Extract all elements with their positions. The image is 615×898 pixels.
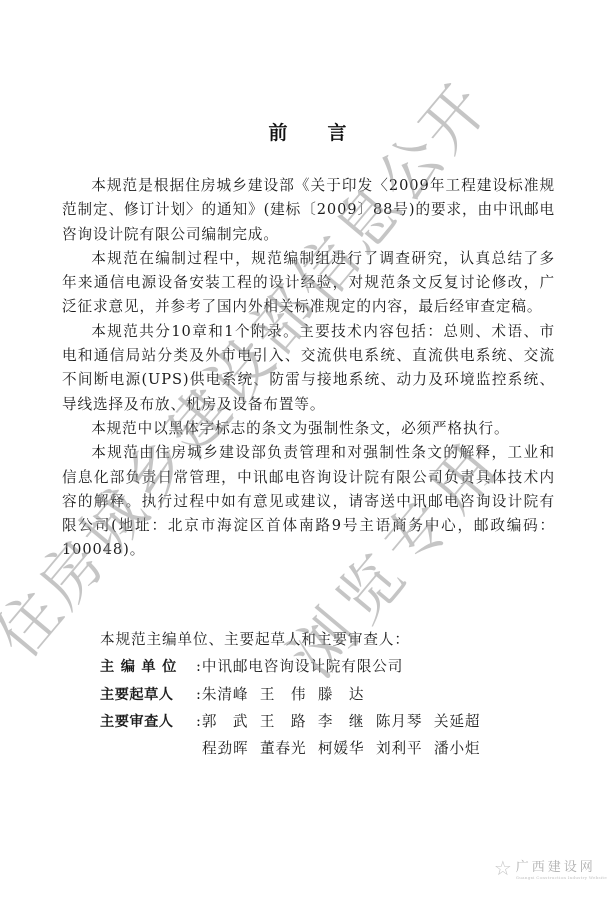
drafter-name: 王 伟: [260, 681, 318, 708]
paragraph-process: 本规范在编制过程中，规范编制组进行了调查研究，认真总结了多年来通信电源设备安装工…: [62, 247, 555, 320]
logo-subtitle: Guangxi Construction Industry Website: [516, 875, 607, 880]
reviewers-label: 主要审查人: [100, 709, 196, 736]
reviewer-name: 董春光: [260, 735, 318, 762]
reviewer-name: 郭 武: [202, 708, 260, 735]
drafter-name: 朱清峰: [202, 681, 260, 708]
reviewers-line: 主要审查人:郭 武王 路李 继陈月琴关延超: [100, 708, 560, 735]
credits-section: 本规范主编单位、主要起草人和主要审查人： 主编单位:中讯邮电咨询设计院有限公司 …: [100, 626, 560, 762]
page-title: 前言: [0, 118, 615, 145]
reviewers-line-continued: 程劲晖董春光柯媛华刘利平潘小炬: [100, 735, 560, 762]
reviewer-name: 王 路: [260, 708, 318, 735]
reviewer-name: 潘小炬: [434, 735, 492, 762]
paragraph-basis: 本规范是根据住房城乡建设部《关于印发〈2009年工程建设标准规范制定、修订计划〉…: [62, 174, 555, 247]
preface-body: 本规范是根据住房城乡建设部《关于印发〈2009年工程建设标准规范制定、修订计划〉…: [62, 174, 555, 563]
paragraph-management: 本规范由住房城乡建设部负责管理和对强制性条文的解释，工业和信息化部负责日常管理，…: [62, 441, 555, 562]
drafters-line: 主要起草人:朱清峰王 伟滕 达: [100, 681, 560, 708]
reviewer-name: 程劲晖: [202, 735, 260, 762]
chief-unit-line: 主编单位:中讯邮电咨询设计院有限公司: [100, 653, 560, 680]
paragraph-contents: 本规范共分10章和1个附录。主要技术内容包括：总则、术语、市电和通信局站分类及外…: [62, 320, 555, 417]
chief-unit-label: 主编单位: [100, 654, 196, 681]
reviewer-name: 陈月琴: [376, 708, 434, 735]
drafters-label: 主要起草人: [100, 682, 196, 709]
chief-unit-value: 中讯邮电咨询设计院有限公司: [202, 653, 403, 680]
reviewer-name: 李 继: [318, 708, 376, 735]
reviewer-name: 关延超: [434, 708, 492, 735]
site-logo: ☆ 广西建设网 Guangxi Construction Industry We…: [494, 856, 607, 880]
reviewer-name: 柯媛华: [318, 735, 376, 762]
credits-intro-text: 本规范主编单位、主要起草人和主要审查人：: [100, 631, 410, 648]
document-page: 前言 本规范是根据住房城乡建设部《关于印发〈2009年工程建设标准规范制定、修订…: [0, 0, 615, 898]
reviewer-name: 刘利平: [376, 735, 434, 762]
star-logo-icon: ☆: [494, 856, 512, 880]
paragraph-mandatory: 本规范中以黑体字标志的条文为强制性条文，必须严格执行。: [62, 417, 555, 441]
logo-name: 广西建设网: [516, 856, 607, 875]
credits-intro: 本规范主编单位、主要起草人和主要审查人：: [100, 626, 560, 653]
drafter-name: 滕 达: [318, 681, 376, 708]
